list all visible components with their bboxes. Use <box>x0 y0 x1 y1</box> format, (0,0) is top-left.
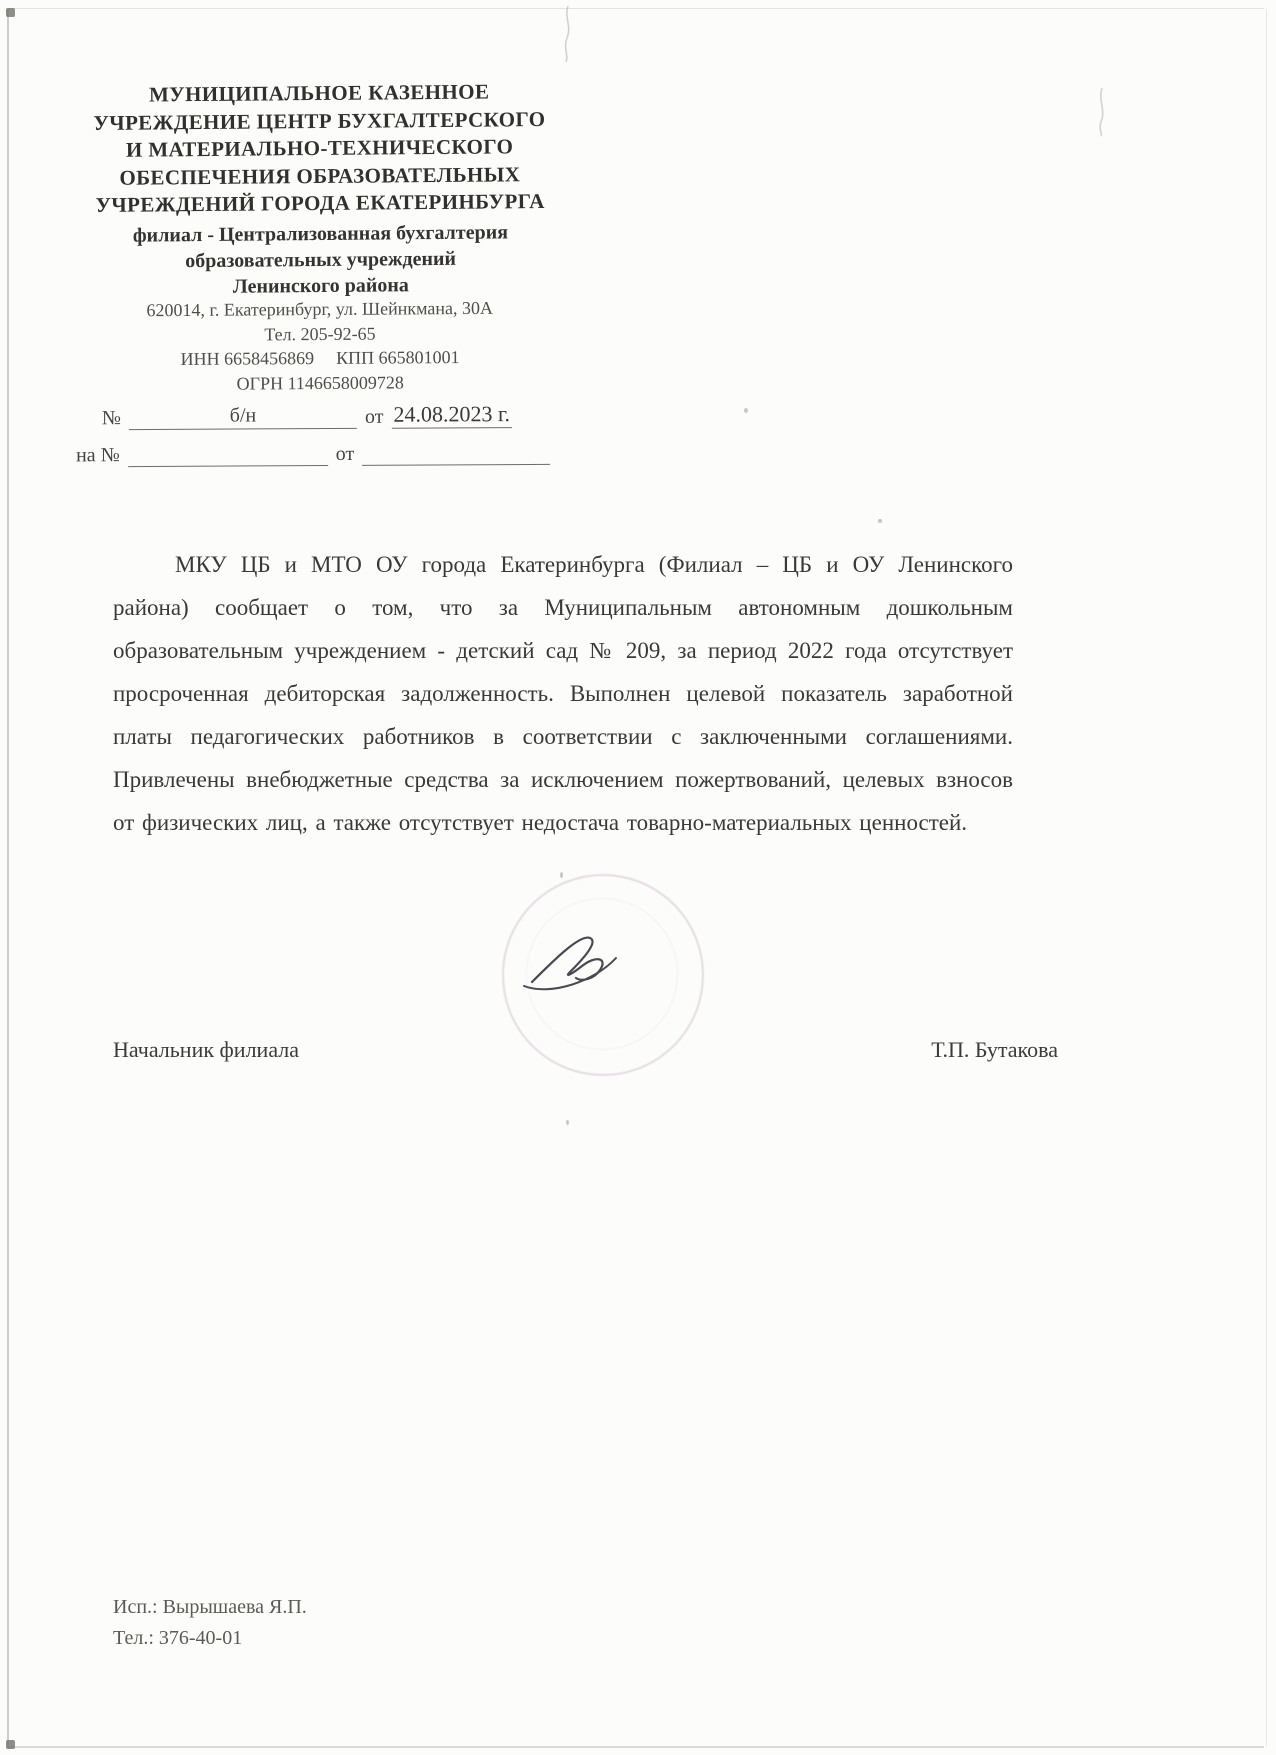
signature-row: Начальник филиала Т.П. Бутакова <box>113 1037 1058 1063</box>
executor-name-line: Исп.: Вырышаева Я.П. <box>113 1592 307 1623</box>
from-label: от <box>365 406 384 429</box>
address-line: 620014, г. Екатеринбург, ул. Шейнкмана, … <box>60 295 580 323</box>
letterhead-org-block: МУНИЦИПАЛЬНОЕ КАЗЕННОЕ УЧРЕЖДЕНИЕ ЦЕНТР … <box>59 78 581 301</box>
signer-name: Т.П. Бутакова <box>931 1037 1058 1063</box>
scan-edge-left <box>7 9 9 1747</box>
inn-value: ИНН 6658456869 <box>180 346 314 371</box>
number-label: № <box>102 407 121 430</box>
letterhead-contact-block: 620014, г. Екатеринбург, ул. Шейнкмана, … <box>60 295 581 397</box>
letterhead-branch-block: филиал - Централизованная бухгалтерия об… <box>60 218 581 301</box>
reply-number-label: на № <box>76 444 120 467</box>
outgoing-number-row: № б/н от 24.08.2023 г. <box>76 401 596 431</box>
reply-from-label: от <box>336 443 355 466</box>
scan-speck <box>744 408 748 413</box>
outgoing-number-value: б/н <box>129 404 357 430</box>
handwritten-signature-icon <box>516 916 646 1006</box>
reply-date-blank <box>362 440 550 466</box>
executor-footer-block: Исп.: Вырышаева Я.П. Тел.: 376-40-01 <box>113 1592 307 1654</box>
inn-kpp-line: ИНН 6658456869КПП 665801001 <box>60 344 580 372</box>
outgoing-date-value: 24.08.2023 г. <box>391 401 512 429</box>
scan-crease-mark <box>556 4 578 64</box>
scanned-letter-page: МУНИЦИПАЛЬНОЕ КАЗЕННОЕ УЧРЕЖДЕНИЕ ЦЕНТР … <box>0 0 1276 1755</box>
scan-edge-top <box>7 8 1264 9</box>
scan-speck <box>878 519 882 523</box>
kpp-value: КПП 665801001 <box>336 345 460 370</box>
executor-phone-line: Тел.: 376-40-01 <box>113 1623 307 1654</box>
letter-body-paragraph: МКУ ЦБ и МТО ОУ города Екатеринбурга (Фи… <box>113 543 1013 844</box>
org-name-line: УЧРЕЖДЕНИЙ ГОРОДА ЕКАТЕРИНБУРГА <box>60 188 580 220</box>
reply-number-row: на № от <box>76 440 596 468</box>
phone-line: Тел. 205-92-65 <box>60 320 580 348</box>
signer-position-title: Начальник филиала <box>113 1037 299 1063</box>
scan-edge-right <box>1266 9 1267 1747</box>
branch-name-line: филиал - Централизованная бухгалтерия <box>60 218 580 249</box>
scan-crease-mark <box>1092 86 1112 138</box>
scan-speck <box>566 1120 569 1125</box>
ogrn-line: ОГРН 1146658009728 <box>60 369 580 397</box>
scan-corner-mark <box>6 1740 15 1749</box>
scan-corner-mark <box>6 8 15 17</box>
scan-edge-bottom <box>7 1746 1264 1748</box>
org-name-line: И МАТЕРИАЛЬНО-ТЕХНИЧЕСКОГО <box>60 133 580 165</box>
reference-block: № б/н от 24.08.2023 г. на № от <box>76 401 596 480</box>
reply-number-blank <box>128 441 328 467</box>
